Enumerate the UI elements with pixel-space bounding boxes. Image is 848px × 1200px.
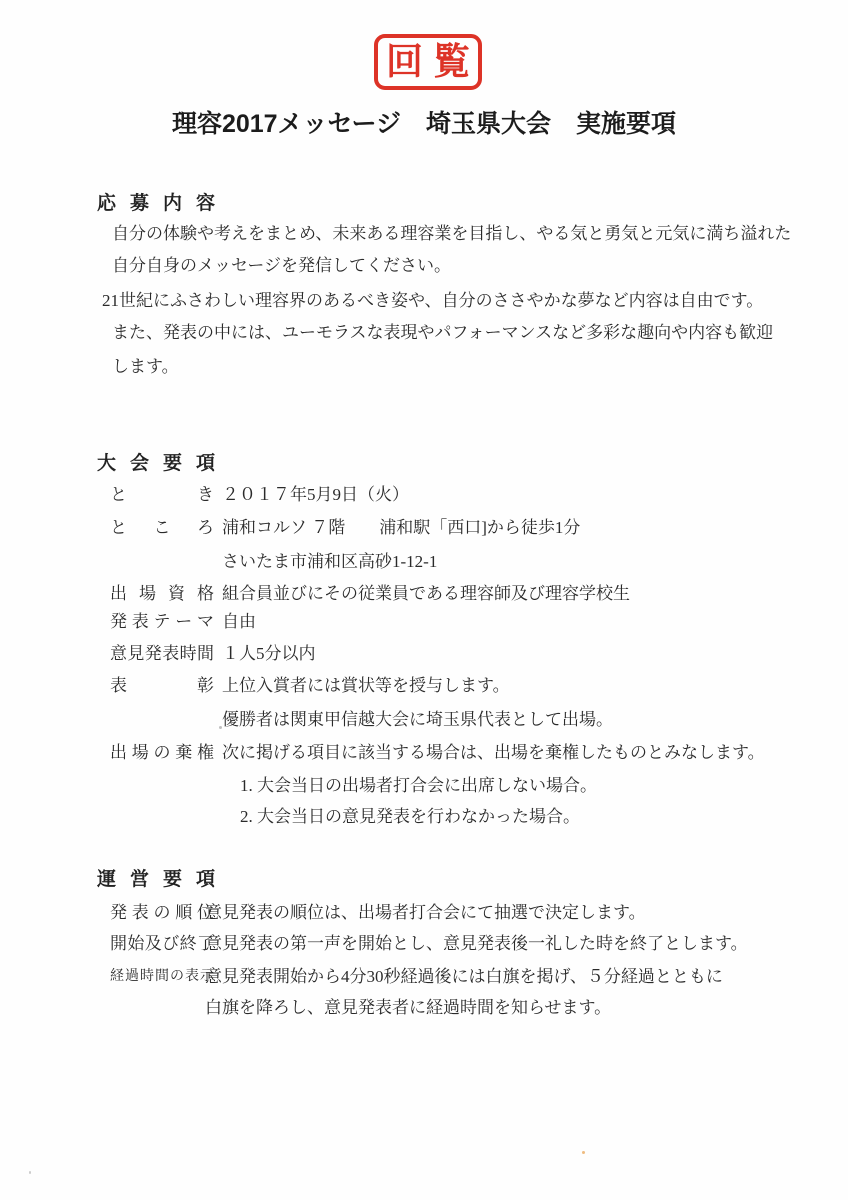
field-value: ２０１７年5月9日（火） [222,484,409,506]
field-value: 意見発表の順位は、出場者打合会にて抽選で決定します。 [205,902,646,924]
field-value: 自由 [222,611,256,633]
paragraph-line: します。 [112,356,179,378]
section-heading-operation: 運営要項 [97,869,215,891]
circulation-stamp: 回覧 [374,34,482,90]
row-start-end: 開始及び終了 意見発表の第一声を開始とし、意見発表後一礼した時を終了とします。 [0,933,848,955]
field-value: 上位入賞者には賞状等を授与します。 [222,675,510,697]
field-value: 2. 大会当日の意見発表を行わなかった場合。 [240,806,580,828]
row-elapsed-time: 経過時間の表示 意見発表開始から4分30秒経過後には白旗を掲げ、５分経過とともに [0,966,848,988]
field-label: ところ [110,517,214,539]
paragraph-line: 21世紀にふさわしい理容界のあるべき姿や、自分のささやかな夢など内容は自由です。 [102,290,763,312]
field-value: 浦和コルソ ７階 浦和駅「西口]から徒歩1分 [222,517,580,539]
paragraph-line: また、発表の中には、ユーモラスな表現やパフォーマンスなど多彩な趣向や内容も歓迎 [112,322,773,344]
field-value: 1. 大会当日の出場者打合会に出席しない場合。 [240,775,597,797]
row-awards-cont: 優勝者は関東甲信越大会に埼玉県代表として出場。 [0,709,848,731]
row-address: さいたま市浦和区高砂1-12-1 [0,551,848,573]
scan-speckle [29,1171,31,1174]
paragraph-line: 自分自身のメッセージを発信してください。 [112,255,451,277]
field-value: 組合員並びにその従業員である理容師及び理容学校生 [222,583,630,605]
row-forfeit: 出場の棄権 次に掲げる項目に該当する場合は、出場を棄権したものとみなします。 [0,742,848,764]
field-value: 意見発表開始から4分30秒経過後には白旗を掲げ、５分経過とともに [205,966,723,988]
document-title: 理容2017メッセージ 埼玉県大会 実施要項 [0,108,848,140]
row-forfeit-item-1: 1. 大会当日の出場者打合会に出席しない場合。 [0,775,848,797]
field-value: 意見発表の第一声を開始とし、意見発表後一礼した時を終了とします。 [205,933,748,955]
field-label: とき [110,484,214,506]
field-label: 発表テーマ [110,611,214,633]
field-value: 白旗を降ろし、意見発表者に経過時間を知らせます。 [205,997,611,1019]
row-theme: 発表テーマ 自由 [0,611,848,633]
field-label: 開始及び終了 [110,933,214,955]
row-elapsed-time-cont: 白旗を降ろし、意見発表者に経過時間を知らせます。 [0,997,848,1019]
paragraph-line: 自分の体験や考えをまとめ、未来ある理容業を目指し、やる気と勇気と元気に満ち溢れた [112,223,791,245]
field-label: 発表の順位 [110,902,214,924]
scan-speckle [582,1151,585,1154]
circulation-stamp-text: 回覧 [386,44,480,81]
row-forfeit-item-2: 2. 大会当日の意見発表を行わなかった場合。 [0,806,848,828]
field-value: 次に掲げる項目に該当する場合は、出場を棄権したものとみなします。 [222,742,765,764]
section-heading-application: 応募内容 [97,193,215,215]
section-heading-outline: 大会要項 [97,453,215,475]
row-place: ところ 浦和コルソ ７階 浦和駅「西口]から徒歩1分 [0,517,848,539]
field-value: １人5分以内 [222,643,316,665]
field-label: 出場の棄権 [110,742,214,764]
document-page: 回覧 理容2017メッセージ 埼玉県大会 実施要項 応募内容 自分の体験や考えを… [0,0,848,1200]
row-awards: 表彰 上位入賞者には賞状等を授与します。 [0,675,848,697]
row-eligibility: 出場資格 組合員並びにその従業員である理容師及び理容学校生 [0,583,848,605]
field-label: 出場資格 [110,583,214,605]
row-date: とき ２０１７年5月9日（火） [0,484,848,506]
scan-speckle [219,726,222,729]
row-presentation-order: 発表の順位 意見発表の順位は、出場者打合会にて抽選で決定します。 [0,902,848,924]
field-label: 経過時間の表示 [110,966,214,988]
field-label: 意見発表時間 [110,643,214,665]
field-value: 優勝者は関東甲信越大会に埼玉県代表として出場。 [222,709,613,731]
field-label: 表彰 [110,675,214,697]
row-speech-time: 意見発表時間 １人5分以内 [0,643,848,665]
field-value: さいたま市浦和区高砂1-12-1 [222,551,437,573]
